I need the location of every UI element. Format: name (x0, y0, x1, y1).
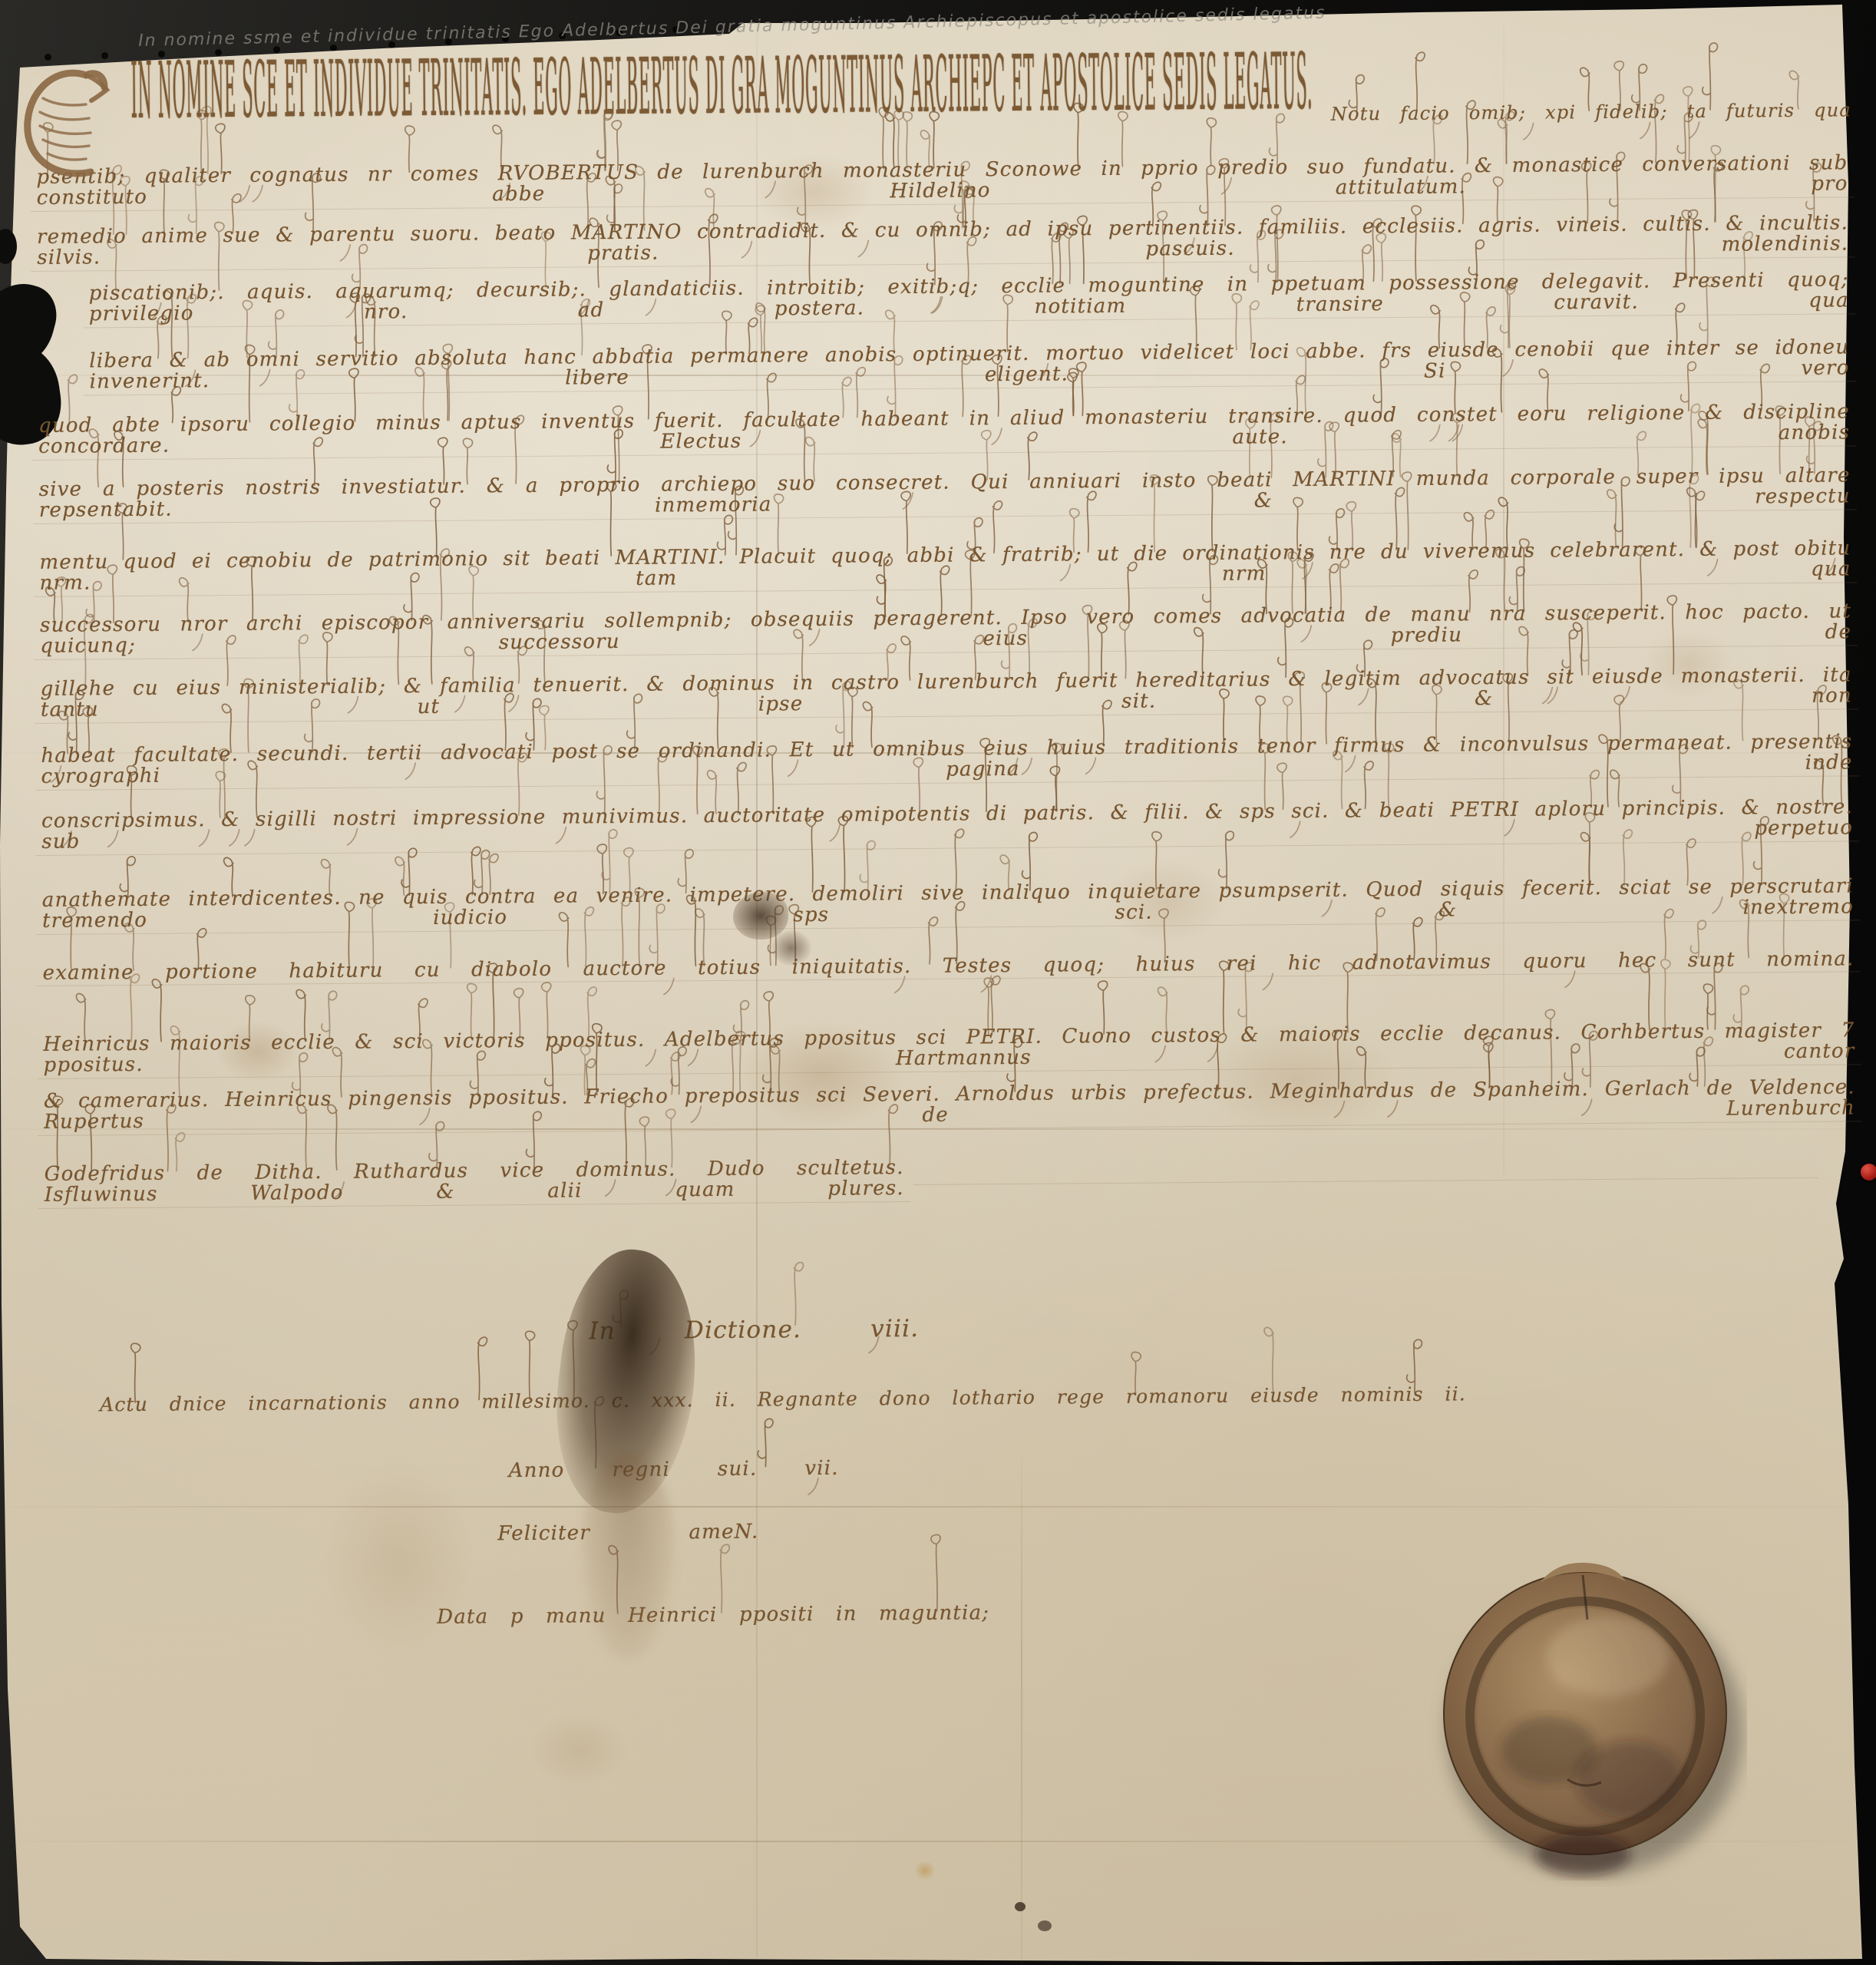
datum-line: Data p manu Heinrici ppositi in maguntia… (437, 1603, 989, 1628)
witness-line: Godefridus de Ditha. Ruthardus vice domi… (45, 1158, 904, 1206)
charter-line: Notu facio omib; xpi fidelib; ta futuris… (1331, 101, 1851, 124)
red-pin (1861, 1164, 1876, 1181)
wax-seal (1425, 1549, 1747, 1887)
ink-blot-tail (580, 1452, 675, 1660)
invocation-text: IN NOMINE SCE ET INDIVIDUE TRINITATIS. E… (130, 41, 1313, 137)
small-blot (771, 930, 811, 966)
initial-c (15, 64, 130, 187)
charter-photograph: { "photo": { "backing_color": "#161514",… (0, 0, 1876, 1965)
